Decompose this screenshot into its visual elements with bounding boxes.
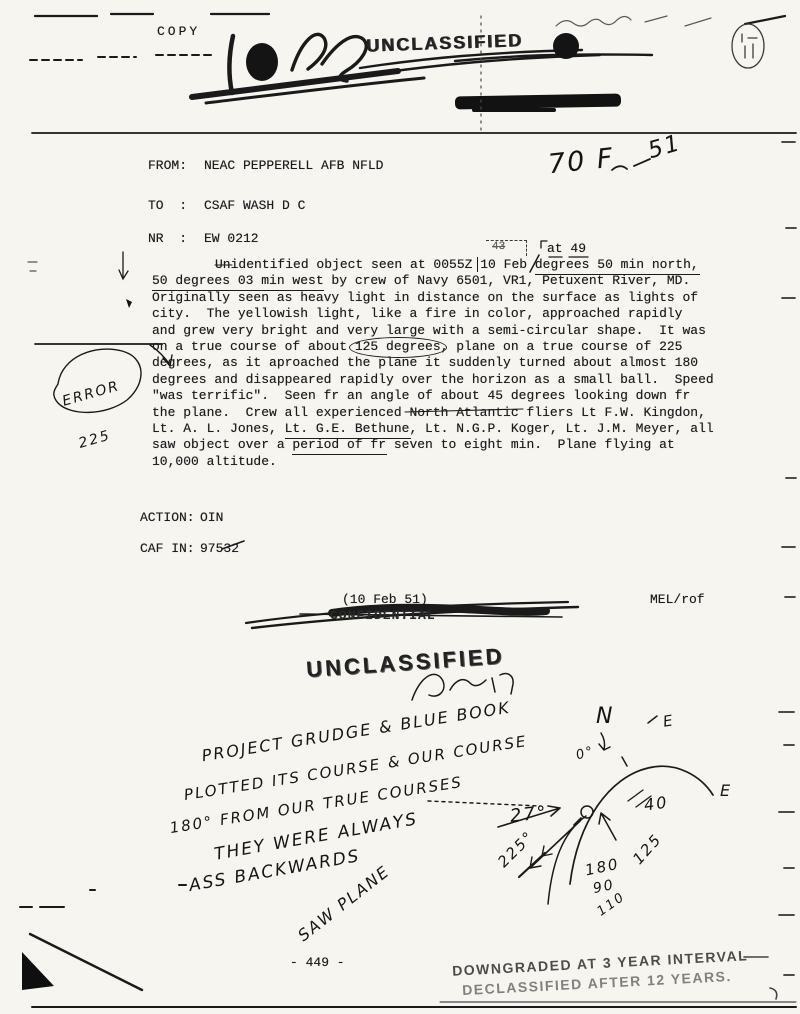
body-line: "was terrific". Seen fr an angle of abou… (152, 388, 690, 403)
page-number: - 449 - (290, 955, 345, 970)
circled-mark-icon (732, 24, 764, 68)
action-label: ACTION: (140, 510, 195, 525)
nr-value: EW 0212 (204, 231, 259, 246)
corner-ink-wedge (22, 952, 54, 990)
ink-blob (246, 43, 278, 81)
caf-in-value: 97532 (200, 541, 239, 556)
error-note: ERROR 225 (53, 350, 143, 482)
underline-west-coords (152, 274, 324, 291)
diagram-125-label: 125 (629, 830, 666, 868)
from-label: FROM: (148, 158, 187, 173)
compass-north-label: N (596, 704, 612, 729)
struck-classification: CONFIDENTIAL (330, 608, 436, 623)
error-note-line2: 225 (73, 422, 134, 453)
diagram-225-label: 225° (494, 827, 538, 871)
nr-label: NR : (148, 231, 187, 246)
body-line: and grew very bright and very large with… (152, 323, 706, 338)
underline-north-coords (535, 258, 700, 275)
to-label: TO : (148, 198, 187, 213)
signature-scribble (412, 674, 513, 700)
date-note: (10 Feb 51) (342, 592, 428, 607)
circle-125-degrees (349, 337, 447, 358)
redaction-smear (455, 94, 621, 112)
to-value: CSAF WASH D C (204, 198, 305, 213)
body-line: degrees, as it aproached the plane it su… (152, 355, 698, 370)
diagram-180-label: 180 (584, 855, 622, 880)
body-line: city. The yellowish light, like a fire i… (152, 306, 683, 321)
insert-note: at 49 (547, 241, 586, 256)
emphasis-bar (477, 257, 478, 272)
origin-initials: MEL/rof (650, 592, 705, 607)
compass-east-right-label: E (720, 781, 732, 800)
body-line: degrees and disappeared rapidly over the… (152, 372, 714, 387)
copy-label: COPY (157, 24, 200, 39)
handwritten-date-part1: 70 F (547, 143, 616, 181)
overstrike-text: 43 (492, 241, 505, 253)
handwritten-date-part2: 51 (645, 130, 684, 164)
body-line: Originally seen as heavy light in distan… (152, 290, 698, 305)
course-diagram-strokes (519, 716, 713, 904)
diagram-27-label: 27° (509, 802, 549, 827)
underline-period (292, 438, 387, 455)
ink-blob-2 (553, 33, 579, 59)
unclassified-center-stamp: UNCLASSIFIED (305, 643, 505, 683)
body-line: the plane. Crew all experienced North At… (152, 405, 706, 420)
action-value: OIN (200, 510, 223, 525)
caf-in-label: CAF IN: (140, 541, 195, 556)
from-value: NEAC PEPPERELL AFB NFLD (204, 158, 383, 173)
body-line: 10,000 altitude. (152, 454, 277, 469)
unclassified-top-stamp: UNCLASSIFIED (366, 30, 524, 56)
diagram-40-label: 40 (643, 792, 670, 814)
body-line: Lt. A. L. Jones, Lt. G.E. Bethune, Lt. N… (152, 421, 714, 436)
underline-bethune (285, 422, 411, 439)
error-note-line1: ERROR (61, 379, 122, 410)
body-line: saw object over a period of fr seven to … (152, 437, 675, 452)
compass-east-top-label: E (662, 711, 676, 731)
scrawl-one (229, 36, 233, 93)
diagram-zero-degree-label: 0° (574, 744, 596, 764)
telegram-document-page: COPY UNCLASSIFIED FROM: NEAC PEPPERELL A… (0, 0, 800, 1014)
